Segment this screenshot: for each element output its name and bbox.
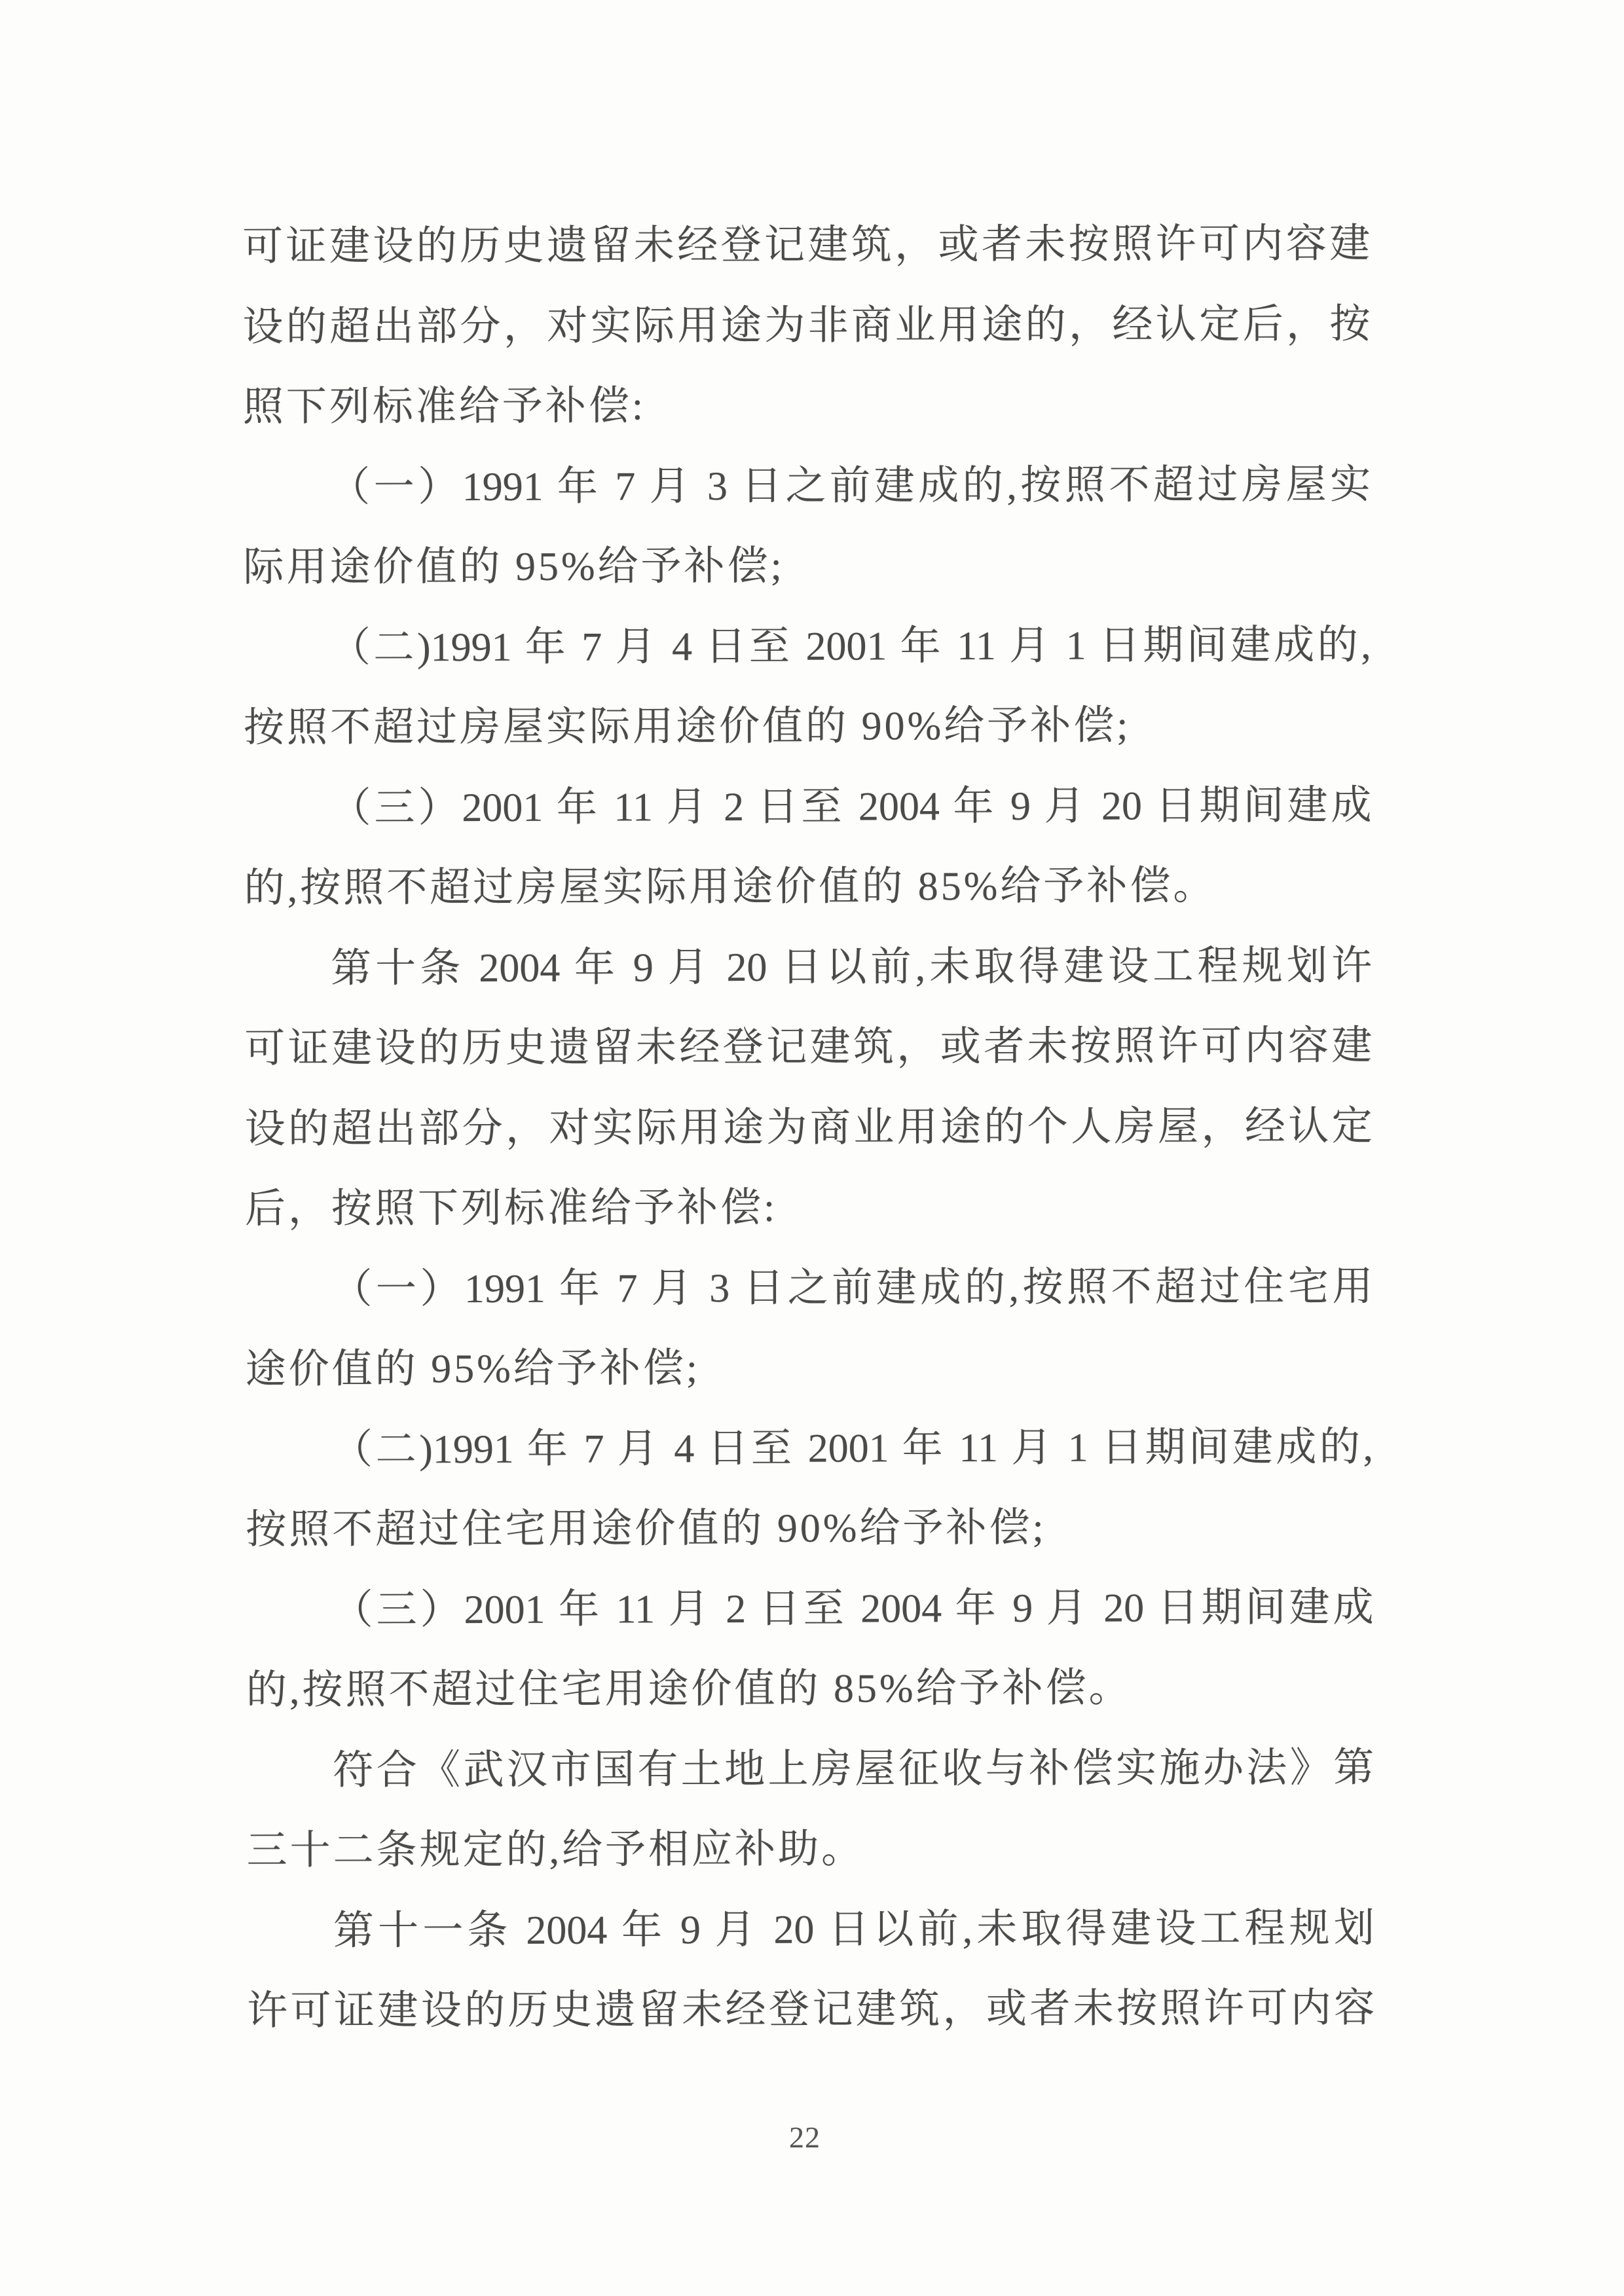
text-line: （一）1991 年 7 月 3 日之前建成的,按照不超过住宅用	[245, 1247, 1373, 1330]
text-line: 后，按照下列标准给予补偿:	[245, 1166, 1373, 1249]
text-line: 照下列标准给予补偿:	[243, 364, 1371, 447]
text-line: 可证建设的历史遗留未经登记建筑，或者未按照许可内容建	[242, 204, 1370, 287]
text-line: 第十一条 2004 年 9 月 20 日以前,未取得建设工程规划	[247, 1888, 1375, 1971]
scanned-document-page: 可证建设的历史遗留未经登记建筑，或者未按照许可内容建 设的超出部分，对实际用途为…	[0, 0, 1624, 2296]
text-line: 的,按照不超过住宅用途价值的 85%给予补偿。	[246, 1647, 1374, 1730]
text-line: 按照不超过住宅用途价值的 90%给予补偿;	[246, 1487, 1373, 1570]
text-line: 按照不超过房屋实际用途价值的 90%给予补偿;	[244, 685, 1371, 768]
text-line: 三十二条规定的,给予相应补助。	[246, 1808, 1374, 1891]
page-number: 22	[0, 2120, 1610, 2155]
text-line: （二)1991 年 7 月 4 日至 2001 年 11 月 1 日期间建成的,	[246, 1407, 1373, 1490]
text-line: 的,按照不超过房屋实际用途价值的 85%给予补偿。	[244, 845, 1372, 928]
document-body: 可证建设的历史遗留未经登记建筑，或者未按照许可内容建 设的超出部分，对实际用途为…	[242, 204, 1375, 2051]
text-line: （二)1991 年 7 月 4 日至 2001 年 11 月 1 日期间建成的,	[244, 605, 1371, 688]
text-line: 途价值的 95%给予补偿;	[245, 1326, 1373, 1410]
text-line: （三）2001 年 11 月 2 日至 2004 年 9 月 20 日期间建成	[244, 765, 1371, 848]
text-line: （一）1991 年 7 月 3 日之前建成的,按照不超过房屋实	[243, 445, 1371, 528]
text-line: 设的超出部分，对实际用途为非商业用途的，经认定后，按	[242, 284, 1370, 367]
text-line: 许可证建设的历史遗留未经登记建筑，或者未按照许可内容	[247, 1968, 1375, 2051]
text-line: 符合《武汉市国有土地上房屋征收与补偿实施办法》第	[246, 1728, 1374, 1811]
text-line: （三）2001 年 11 月 2 日至 2004 年 9 月 20 日期间建成	[246, 1567, 1373, 1650]
text-line: 设的超出部分，对实际用途为商业用途的个人房屋，经认定	[245, 1086, 1373, 1169]
text-line: 可证建设的历史遗留未经登记建筑，或者未按照许可内容建	[244, 1006, 1372, 1089]
text-line: 第十条 2004 年 9 月 20 日以前,未取得建设工程规划许	[244, 926, 1372, 1009]
text-line: 际用途价值的 95%给予补偿;	[243, 524, 1371, 608]
